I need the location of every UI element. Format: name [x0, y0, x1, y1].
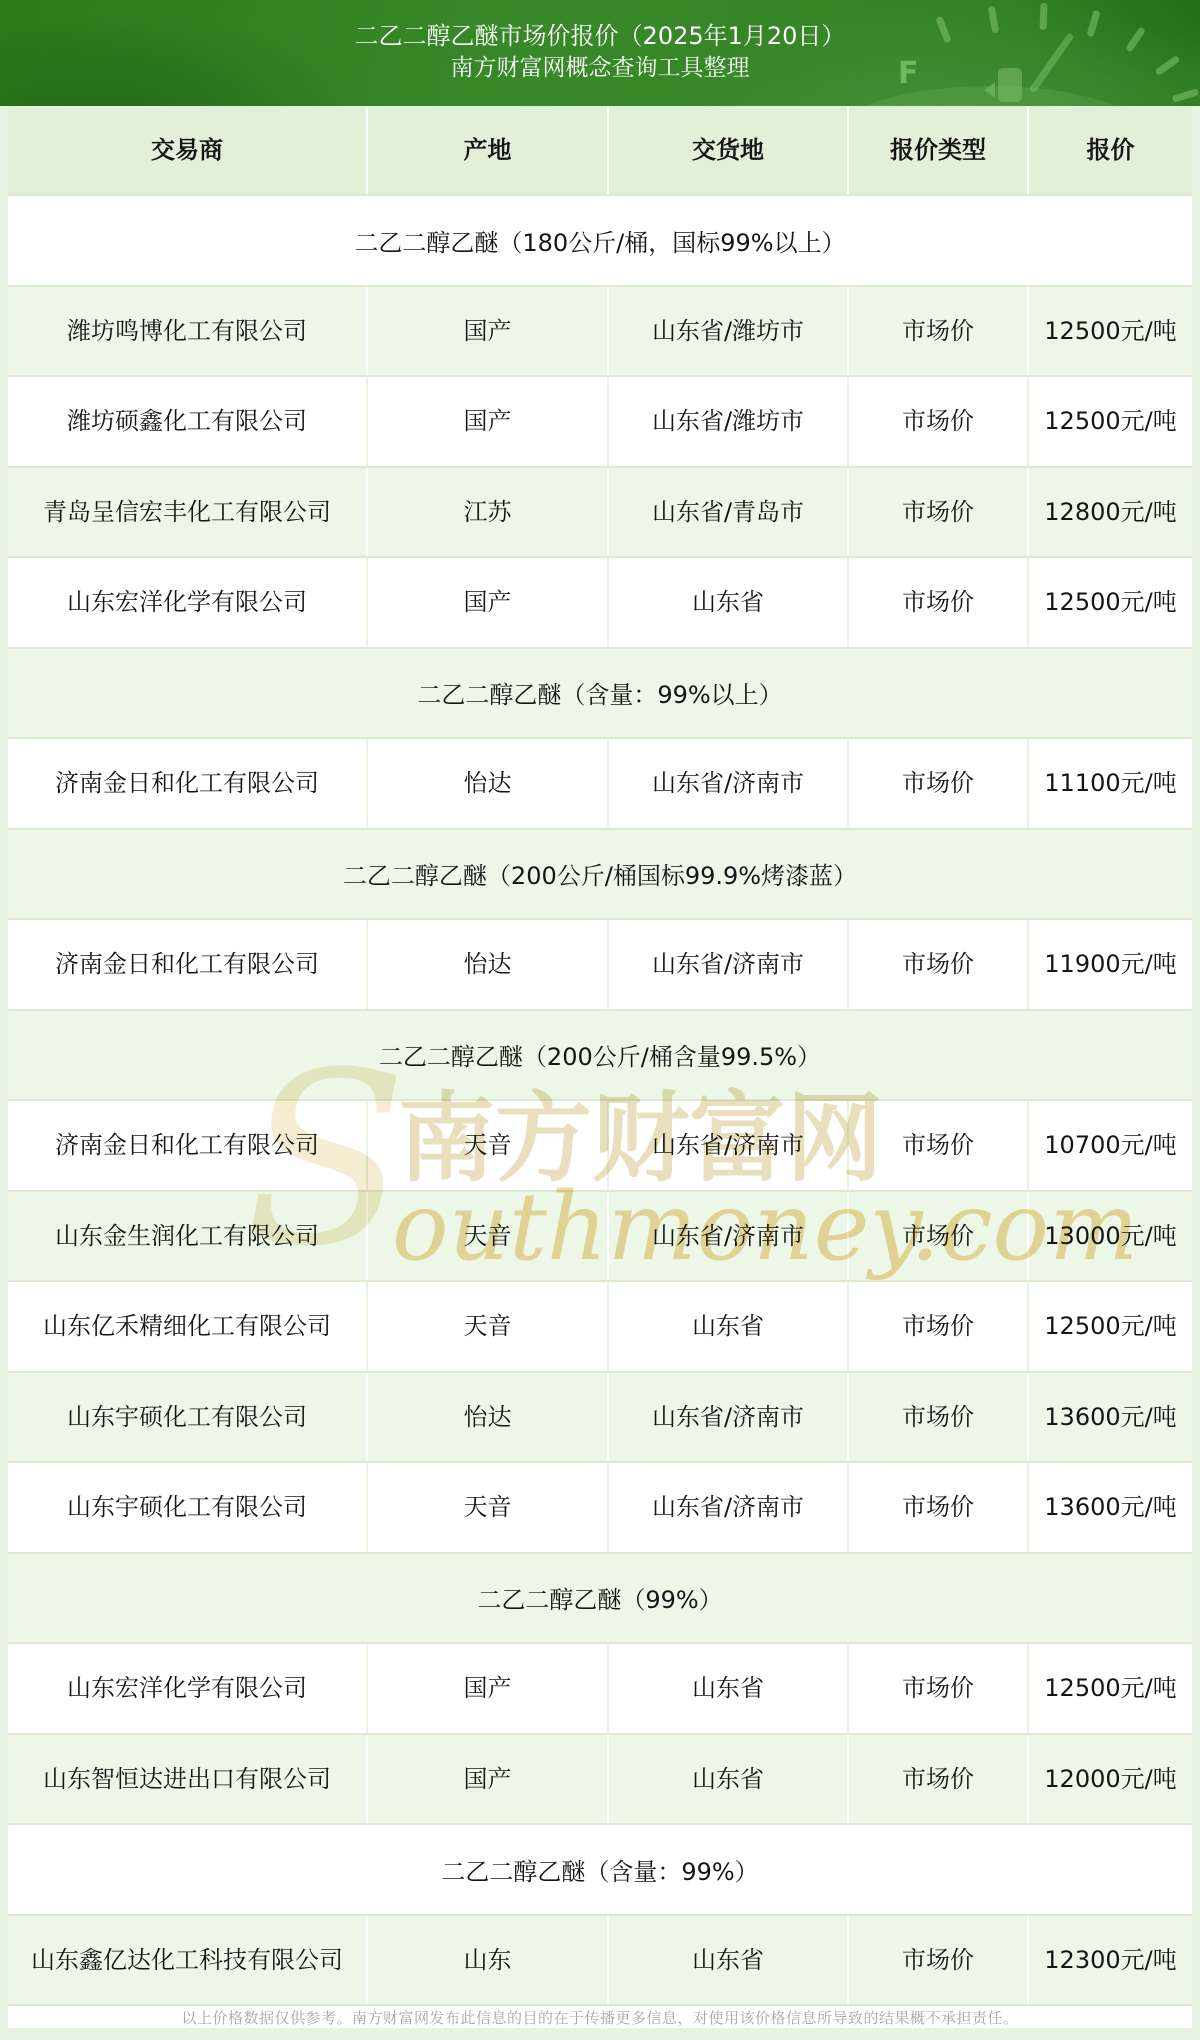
cell-delivery: 山东省 — [607, 1282, 847, 1371]
cell-origin: 天音 — [366, 1282, 607, 1371]
cell-origin: 怡达 — [366, 920, 607, 1009]
cell-price: 12500元/吨 — [1027, 287, 1192, 376]
column-header-quote-type: 报价类型 — [847, 106, 1027, 194]
cell-origin: 国产 — [366, 1644, 607, 1733]
cell-trader: 山东宇硕化工有限公司 — [8, 1373, 366, 1462]
page-title: 二乙二醇乙醚市场价报价（2025年1月20日） — [0, 23, 1200, 49]
cell-quote-type: 市场价 — [847, 287, 1027, 376]
cell-quote-type: 市场价 — [847, 558, 1027, 647]
cell-delivery: 山东省 — [607, 558, 847, 647]
cell-origin: 国产 — [366, 377, 607, 466]
cell-origin: 江苏 — [366, 468, 607, 557]
cell-trader: 济南金日和化工有限公司 — [8, 739, 366, 828]
cell-trader: 山东宏洋化学有限公司 — [8, 1644, 366, 1733]
table-row: 山东宏洋化学有限公司国产山东省市场价12500元/吨 — [8, 556, 1192, 647]
cell-quote-type: 市场价 — [847, 1373, 1027, 1462]
cell-quote-type: 市场价 — [847, 920, 1027, 1009]
disclaimer-bar: 以上价格数据仅供参考。南方财富网发布此信息的目的在于传播更多信息，对使用该价格信… — [8, 2004, 1192, 2028]
cell-quote-type: 市场价 — [847, 1101, 1027, 1190]
cell-quote-type: 市场价 — [847, 468, 1027, 557]
disclaimer-text: 以上价格数据仅供参考。南方财富网发布此信息的目的在于传播更多信息，对使用该价格信… — [181, 2007, 1018, 2028]
cell-price: 11100元/吨 — [1027, 739, 1192, 828]
cell-trader: 山东亿禾精细化工有限公司 — [8, 1282, 366, 1371]
table-row: 济南金日和化工有限公司怡达山东省/济南市市场价11100元/吨 — [8, 737, 1192, 828]
cell-delivery: 山东省/潍坊市 — [607, 377, 847, 466]
cell-origin: 天音 — [366, 1192, 607, 1281]
section-header: 二乙二醇乙醚（180公斤/桶，国标99%以上） — [8, 194, 1192, 285]
cell-price: 12800元/吨 — [1027, 468, 1192, 557]
cell-origin: 天音 — [366, 1101, 607, 1190]
cell-quote-type: 市场价 — [847, 1192, 1027, 1281]
cell-price: 12000元/吨 — [1027, 1735, 1192, 1824]
cell-origin: 天音 — [366, 1463, 607, 1552]
section-header: 二乙二醇乙醚（200公斤/桶国标99.9%烤漆蓝） — [8, 828, 1192, 919]
table-row: 潍坊鸣博化工有限公司国产山东省/潍坊市市场价12500元/吨 — [8, 285, 1192, 376]
cell-quote-type: 市场价 — [847, 1735, 1027, 1824]
gauge-arc — [840, 86, 1140, 106]
cell-price: 13600元/吨 — [1027, 1463, 1192, 1552]
table-row: 济南金日和化工有限公司天音山东省/济南市市场价10700元/吨 — [8, 1099, 1192, 1190]
table-row: 山东宇硕化工有限公司怡达山东省/济南市市场价13600元/吨 — [8, 1371, 1192, 1462]
cell-origin: 国产 — [366, 558, 607, 647]
cell-trader: 济南金日和化工有限公司 — [8, 1101, 366, 1190]
table-row: 山东宇硕化工有限公司天音山东省/济南市市场价13600元/吨 — [8, 1461, 1192, 1552]
cell-delivery: 山东省/潍坊市 — [607, 287, 847, 376]
table-header-row: 交易商产地交货地报价类型报价 — [8, 106, 1192, 194]
page-subtitle: 南方财富网概念查询工具整理 — [0, 56, 1200, 81]
page-banner: F 二乙二醇乙醚市场价报价（2025年1月20日） 南方财富网概念查询工具整理 — [0, 0, 1200, 106]
cell-delivery: 山东省 — [607, 1735, 847, 1824]
cell-delivery: 山东省/济南市 — [607, 1463, 847, 1552]
cell-delivery: 山东省 — [607, 1916, 847, 2005]
cell-price: 12500元/吨 — [1027, 1282, 1192, 1371]
cell-price: 13000元/吨 — [1027, 1192, 1192, 1281]
cell-quote-type: 市场价 — [847, 1916, 1027, 2005]
cell-origin: 国产 — [366, 287, 607, 376]
cell-delivery: 山东省/青岛市 — [607, 468, 847, 557]
cell-price: 11900元/吨 — [1027, 920, 1192, 1009]
cell-quote-type: 市场价 — [847, 1463, 1027, 1552]
cell-trader: 济南金日和化工有限公司 — [8, 920, 366, 1009]
cell-trader: 山东金生润化工有限公司 — [8, 1192, 366, 1281]
cell-quote-type: 市场价 — [847, 1644, 1027, 1733]
cell-price: 12500元/吨 — [1027, 558, 1192, 647]
cell-delivery: 山东省/济南市 — [607, 739, 847, 828]
section-header: 二乙二醇乙醚（含量：99%） — [8, 1823, 1192, 1914]
cell-quote-type: 市场价 — [847, 377, 1027, 466]
column-header-delivery: 交货地 — [607, 106, 847, 194]
cell-trader: 青岛呈信宏丰化工有限公司 — [8, 468, 366, 557]
cell-price: 12500元/吨 — [1027, 1644, 1192, 1733]
fuel-gauge-decoration: F — [880, 0, 1200, 106]
cell-price: 12500元/吨 — [1027, 377, 1192, 466]
column-header-trader: 交易商 — [8, 106, 366, 194]
cell-trader: 山东智恒达进出口有限公司 — [8, 1735, 366, 1824]
fuel-pump-arrow-icon — [984, 82, 995, 98]
table-row: 山东智恒达进出口有限公司国产山东省市场价12000元/吨 — [8, 1733, 1192, 1824]
section-header: 二乙二醇乙醚（200公斤/桶含量99.5%） — [8, 1009, 1192, 1100]
section-header: 二乙二醇乙醚（含量：99%以上） — [8, 647, 1192, 738]
table-row: 潍坊硕鑫化工有限公司国产山东省/潍坊市市场价12500元/吨 — [8, 375, 1192, 466]
cell-origin: 山东 — [366, 1916, 607, 2005]
column-header-origin: 产地 — [366, 106, 607, 194]
table-row: 济南金日和化工有限公司怡达山东省/济南市市场价11900元/吨 — [8, 918, 1192, 1009]
cell-delivery: 山东省/济南市 — [607, 1192, 847, 1281]
cell-price: 12300元/吨 — [1027, 1916, 1192, 2005]
cell-delivery: 山东省/济南市 — [607, 920, 847, 1009]
cell-quote-type: 市场价 — [847, 1282, 1027, 1371]
cell-trader: 潍坊硕鑫化工有限公司 — [8, 377, 366, 466]
cell-delivery: 山东省/济南市 — [607, 1101, 847, 1190]
cell-price: 10700元/吨 — [1027, 1101, 1192, 1190]
price-table: 交易商产地交货地报价类型报价二乙二醇乙醚（180公斤/桶，国标99%以上）潍坊鸣… — [8, 106, 1192, 2004]
table-row: 山东宏洋化学有限公司国产山东省市场价12500元/吨 — [8, 1642, 1192, 1733]
gauge-tick — [1172, 88, 1200, 103]
table-row: 山东鑫亿达化工科技有限公司山东山东省市场价12300元/吨 — [8, 1914, 1192, 2005]
cell-origin: 国产 — [366, 1735, 607, 1824]
cell-quote-type: 市场价 — [847, 739, 1027, 828]
cell-delivery: 山东省 — [607, 1644, 847, 1733]
section-header: 二乙二醇乙醚（99%） — [8, 1552, 1192, 1643]
table-row: 山东亿禾精细化工有限公司天音山东省市场价12500元/吨 — [8, 1280, 1192, 1371]
cell-trader: 山东宏洋化学有限公司 — [8, 558, 366, 647]
table-row: 青岛呈信宏丰化工有限公司江苏山东省/青岛市市场价12800元/吨 — [8, 466, 1192, 557]
table-row: 山东金生润化工有限公司天音山东省/济南市市场价13000元/吨 — [8, 1190, 1192, 1281]
cell-trader: 山东宇硕化工有限公司 — [8, 1463, 366, 1552]
cell-trader: 山东鑫亿达化工科技有限公司 — [8, 1916, 366, 2005]
cell-price: 13600元/吨 — [1027, 1373, 1192, 1462]
cell-origin: 怡达 — [366, 1373, 607, 1462]
cell-trader: 潍坊鸣博化工有限公司 — [8, 287, 366, 376]
cell-delivery: 山东省/济南市 — [607, 1373, 847, 1462]
column-header-price: 报价 — [1027, 106, 1192, 194]
cell-origin: 怡达 — [366, 739, 607, 828]
